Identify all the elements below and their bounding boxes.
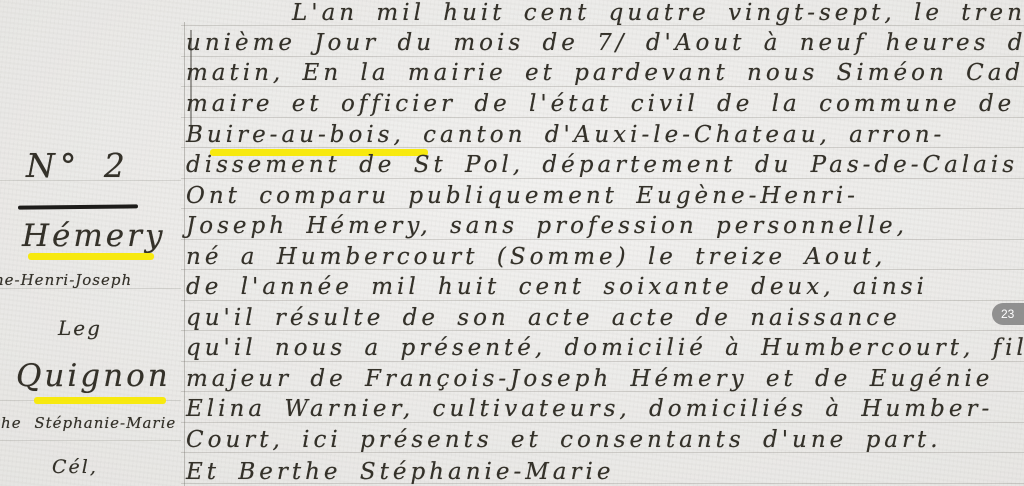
act-body-line-14: Elina Warnier, cultivateurs, domiciliés … [186,396,993,422]
baseline-rule [181,239,1024,240]
margin-rule-line [184,22,185,486]
margin-act-number: N° 2 [26,146,130,185]
highlight-underline-hemery [28,253,154,260]
baseline-rule [181,422,1024,423]
baseline-rule [181,86,1024,87]
act-body-line-6: dissement de St Pol, département du Pas-… [186,152,1018,178]
act-body-line-16: Et Berthe Stéphanie-Marie [186,459,614,485]
act-body-line-1: L'an mil huit cent quatre vingt-sept, le… [292,0,1024,26]
strike-line [18,204,138,209]
act-body-line-15: Court, ici présents et consentants d'une… [186,427,942,453]
baseline-rule [181,178,1024,179]
margin-groom-given-names: ne-Henri-Joseph [0,271,132,289]
document-scan: N° 2 Hémery ne-Henri-Joseph Leg Quignon … [0,0,1024,486]
badge-count-label: 23 [1001,307,1014,321]
act-body-line-9: né a Humbercourt (Somme) le treize Aout, [186,244,886,270]
act-body-line-11: qu'il résulte de son acte acte de naissa… [186,305,901,331]
baseline-rule [181,56,1024,57]
baseline-rule [181,361,1024,362]
act-body-line-7: Ont comparu publiquement Eugène-Henri- [186,183,859,209]
margin-surname-quignon: Quignon [16,358,171,394]
act-body-line-4: maire et officier de l'état civil de la … [186,91,1015,117]
act-body-line-13: majeur de François-Joseph Hémery et de E… [186,366,993,392]
margin-bride-given-names: the Stéphanie-Marie [0,414,176,432]
margin-baseline [0,440,181,441]
baseline-rule [181,117,1024,118]
act-body-line-3: matin, En la mairie et pardevant nous Si… [186,60,1024,86]
baseline-rule [181,300,1024,301]
margin-cel-note: Cél, [52,456,98,478]
highlight-underline-quignon [34,397,166,404]
act-body-line-2: unième Jour du mois de 7/ d'Aout à neuf … [186,30,1024,56]
act-body-line-8: Joseph Hémery, sans profession personnel… [186,213,908,239]
act-body-line-12: qu'il nous a présenté, domicilié à Humbe… [186,335,1024,361]
margin-leg-note: Leg [58,316,102,340]
page-count-badge[interactable]: 23 [992,303,1024,325]
act-body-line-5: Buire-au-bois, canton d'Auxi-le-Chateau,… [186,122,945,148]
act-body-line-10: de l'année mil huit cent soixante deux, … [186,274,928,300]
margin-surname-hemery: Hémery [22,218,165,254]
